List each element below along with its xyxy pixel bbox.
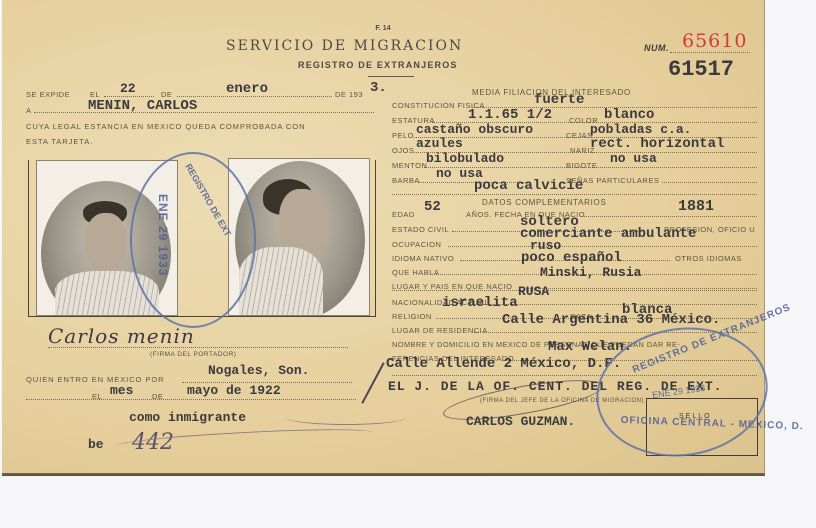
referencia-address: Calle Allende 2 México, D.F. [386,356,621,372]
issue-year-digit: 3. [370,80,387,96]
bigote-value: no usa [610,151,657,166]
holder-name: MENIN, CARLOS [88,98,197,114]
bigote-label: BIGOTE [566,161,597,170]
serial-number-red: 65610 [682,30,747,52]
estado-civil-label: ESTADO CIVIL [392,225,449,234]
issue-month: enero [226,81,268,97]
card-title: SERVICIO DE MIGRACION [226,38,463,54]
edad-value: 52 [424,199,441,215]
idioma-label: IDIOMA NATIVO [392,254,454,263]
birth-year: 1881 [678,198,714,215]
nacionalidad-value: RUSA [518,284,549,299]
entry-day: mes [110,383,133,398]
ocupacion-label: OCUPACION [392,240,441,249]
cejas-value: pobladas c.a. [590,122,691,137]
photo-stamp: REGISTRO DE EXT ENE 29 1933 [130,152,256,328]
title-divider [368,76,414,77]
issue-day: 22 [120,81,136,96]
entry-de-label: DE [152,392,163,401]
card-subtitle: REGISTRO DE EXTRANJEROS [298,60,458,70]
num-label: NUM. [644,43,669,53]
legal-text: CUYA LEGAL ESTANCIA EN MEXICO QUEDA COMP… [26,122,305,131]
que-habla-label: QUE HABLA [392,268,439,277]
menton-label: MENTON [392,161,427,170]
nariz-value: rect. horizontal [590,136,724,152]
ojos-value: azules [416,136,463,151]
se-expide-label: SE EXPIDE [26,90,70,99]
lugar-nacimiento-value: Minski, Rusia [540,265,641,280]
entry-el-label: EL [92,392,102,401]
bearer-signature: Carlos menin [48,324,195,348]
constitucion-value: fuerte [534,92,584,108]
entry-point: Nogales, Son. [208,363,309,378]
ojos-label: OJOS [392,146,414,155]
pelo-label: PELO [392,131,414,140]
entry-status: como inmigrante [129,410,246,425]
immigration-card: F. 14 SERVICIO DE MIGRACION REGISTRO DE … [2,0,765,475]
entry-label: QUIEN ENTRO EN MEXICO POR [26,375,165,384]
senas-value: poca calvicie [474,178,583,194]
registration-number: 61517 [668,57,734,82]
cejas-label: CEJAS [566,131,593,140]
barba-label: BARBA [392,176,420,185]
be-label: be [88,437,104,452]
edad-label: EDAD [392,210,415,219]
otros-idiomas-label: OTROS IDIOMAS [675,254,742,263]
complementarios-heading: DATOS COMPLEMENTARIOS [482,198,607,207]
entry-date: mayo de 1922 [187,383,281,398]
legal-text-2: ESTA TARJETA. [26,137,93,146]
otros-idiomas-value: poco español [521,250,622,266]
residencia-value: Calle Argentina 36 México. [502,312,720,328]
menton-value: bilobulado [426,151,504,166]
seal-date: ENE 29 1933 [651,383,705,400]
bearer-signature-label: (FIRMA DEL PORTADOR) [150,351,236,358]
color-value: blanco [604,107,654,123]
photo-stamp-date: ENE 29 1933 [156,194,170,276]
year-label: DE 193 [335,90,363,99]
religion-value: israelita [442,295,518,311]
estatura-value: 1.1.65 1/2 [468,107,552,123]
a-label: A [26,106,32,115]
pelo-value: castaño obscuro [416,122,533,137]
form-code: F. 14 [2,25,764,32]
religion-label: RELIGION [392,312,432,321]
residencia-label: LUGAR DE RESIDENCIA [392,326,488,335]
